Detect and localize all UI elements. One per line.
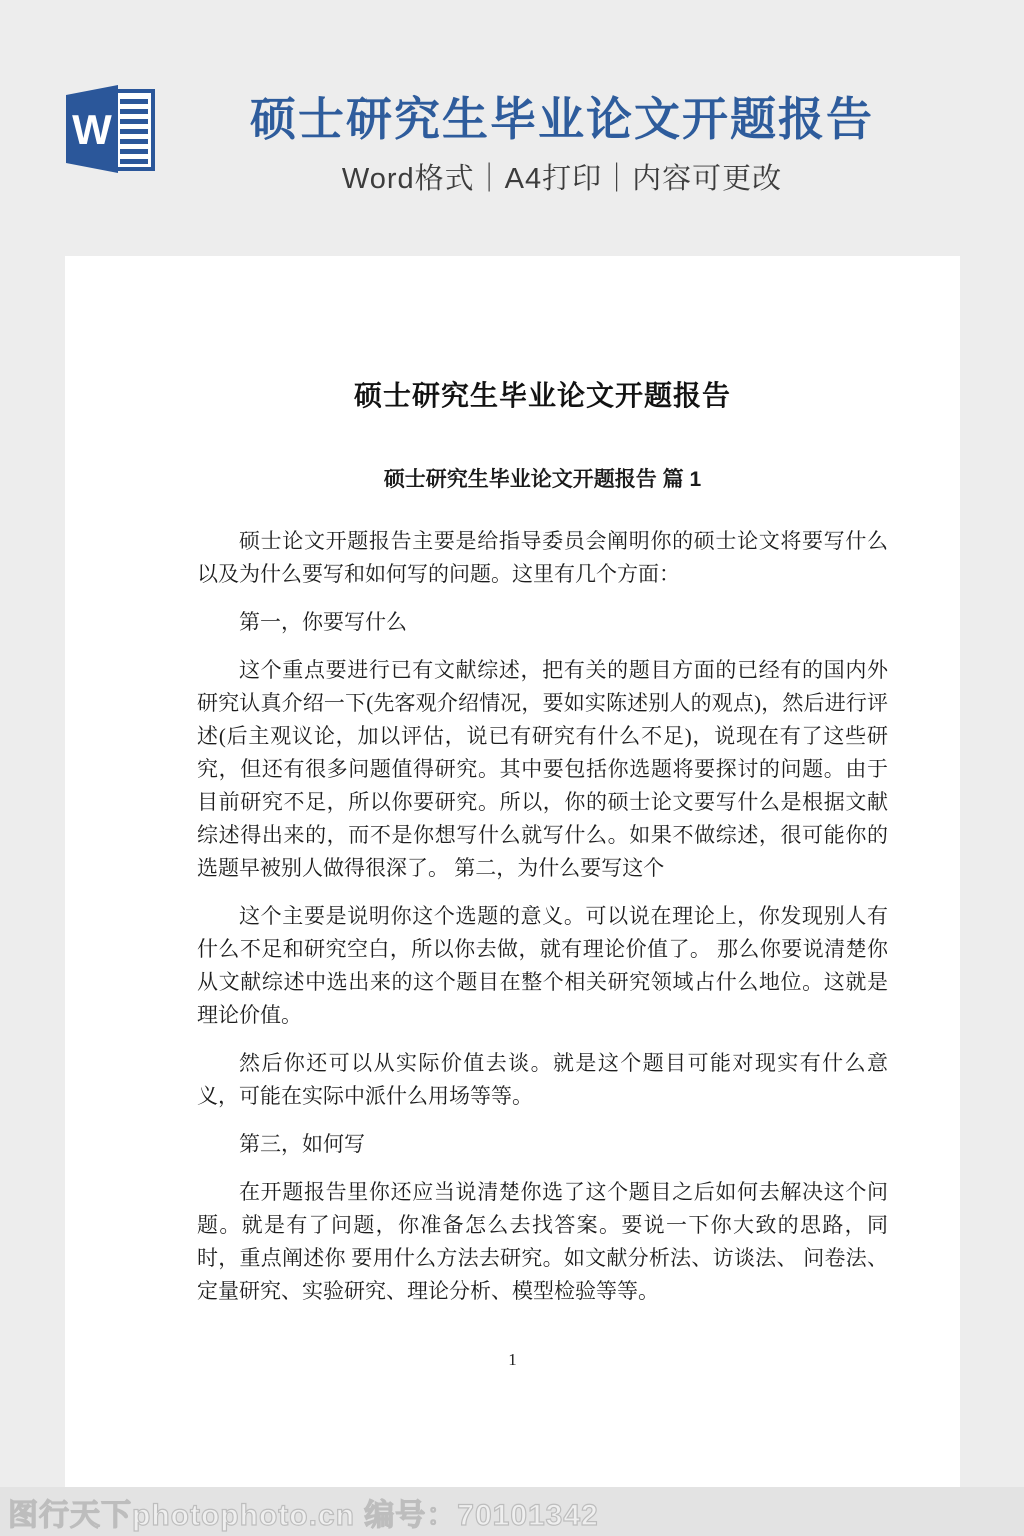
watermark-bar: 图行天下photophoto.cn 编号：70101342 (0, 1487, 1024, 1536)
page-number: 1 (65, 1350, 960, 1370)
paragraph: 然后你还可以从实际价值去谈。就是这个题目可能对现实有什么意义，可能在实际中派什么… (197, 1047, 888, 1113)
document-subtitle: 硕士研究生毕业论文开题报告 篇 1 (197, 463, 888, 493)
paragraph: 这个主要是说明你这个选题的意义。可以说在理论上，你发现别人有什么不足和研究空白，… (197, 900, 888, 1032)
paragraph: 硕士论文开题报告主要是给指导委员会阐明你的硕士论文将要写什么以及为什么要写和如何… (197, 525, 888, 591)
paragraph: 第三，如何写 (197, 1128, 888, 1161)
paragraph: 这个重点要进行已有文献综述，把有关的题目方面的已经有的国内外研究认真介绍一下(先… (197, 654, 888, 885)
document-title: 硕士研究生毕业论文开题报告 (197, 374, 888, 414)
svg-text:W: W (72, 106, 112, 153)
site-watermark: 图行天下photophoto.cn 编号：70101342 (8, 1490, 599, 1534)
paragraph: 在开题报告里你还应当说清楚你选了这个题目之后如何去解决这个问题。就是有了问题，你… (197, 1176, 888, 1308)
preview-header: W 硕士研究生毕业论文开题报告 Word格式｜A4打印｜内容可更改 (0, 0, 1024, 256)
paragraph: 第一，你要写什么 (197, 606, 888, 639)
document-body: 硕士论文开题报告主要是给指导委员会阐明你的硕士论文将要写什么以及为什么要写和如何… (197, 525, 888, 1308)
template-title: 硕士研究生毕业论文开题报告 (110, 92, 1014, 146)
template-format-info: Word格式｜A4打印｜内容可更改 (110, 156, 1014, 197)
document-page: 硕士研究生毕业论文开题报告 硕士研究生毕业论文开题报告 篇 1 硕士论文开题报告… (65, 256, 960, 1488)
